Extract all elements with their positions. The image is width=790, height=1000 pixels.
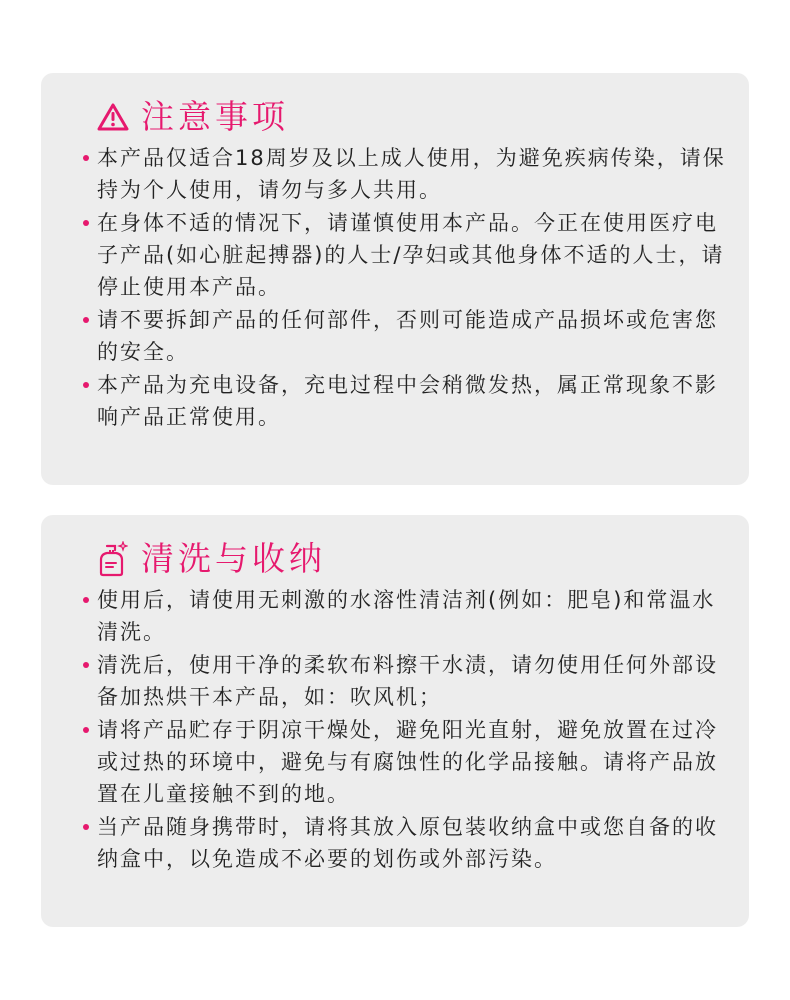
bullet-dot-icon — [83, 155, 89, 161]
list-item: 清洗后，使用干净的柔软布料擦干水渍，请勿使用任何外部设备加热烘干本产品，如：吹风… — [81, 649, 731, 713]
cleaning-storage-header: 清洗与收纳 — [95, 539, 326, 579]
bullet-dot-icon — [83, 727, 89, 733]
list-item: 请将产品贮存于阴凉干燥处，避免阳光直射，避免放置在过冷或过热的环境中，避免与有腐… — [81, 714, 731, 810]
bullet-dot-icon — [83, 220, 89, 226]
bullet-dot-icon — [83, 597, 89, 603]
soap-bottle-icon — [95, 541, 131, 577]
bullet-dot-icon — [83, 824, 89, 830]
section-title: 注意事项 — [141, 97, 289, 137]
warning-triangle-icon — [95, 99, 131, 135]
bullet-dot-icon — [83, 317, 89, 323]
list-item: 本产品为充电设备，充电过程中会稍微发热，属正常现象不影响产品正常使用。 — [81, 369, 731, 433]
list-item: 在身体不适的情况下，请谨慎使用本产品。今正在使用医疗电子产品(如心脏起搏器)的人… — [81, 207, 731, 303]
cleaning-storage-list: 使用后，请使用无刺激的水溶性清洁剂(例如：肥皂)和常温水清洗。 清洗后，使用干净… — [81, 584, 731, 876]
cleaning-storage-card: 清洗与收纳 使用后，请使用无刺激的水溶性清洁剂(例如：肥皂)和常温水清洗。 清洗… — [41, 515, 749, 927]
section-title: 清洗与收纳 — [141, 539, 326, 579]
precautions-list: 本产品仅适合18周岁及以上成人使用，为避免疾病传染，请保持为个人使用，请勿与多人… — [81, 142, 731, 434]
list-item: 当产品随身携带时，请将其放入原包装收纳盒中或您自备的收纳盒中，以免造成不必要的划… — [81, 811, 731, 875]
precautions-header: 注意事项 — [95, 97, 289, 137]
precautions-card: 注意事项 本产品仅适合18周岁及以上成人使用，为避免疾病传染，请保持为个人使用，… — [41, 73, 749, 485]
bullet-dot-icon — [83, 662, 89, 668]
list-item: 本产品仅适合18周岁及以上成人使用，为避免疾病传染，请保持为个人使用，请勿与多人… — [81, 142, 731, 206]
list-item: 使用后，请使用无刺激的水溶性清洁剂(例如：肥皂)和常温水清洗。 — [81, 584, 731, 648]
bullet-dot-icon — [83, 382, 89, 388]
list-item: 请不要拆卸产品的任何部件，否则可能造成产品损坏或危害您的安全。 — [81, 304, 731, 368]
